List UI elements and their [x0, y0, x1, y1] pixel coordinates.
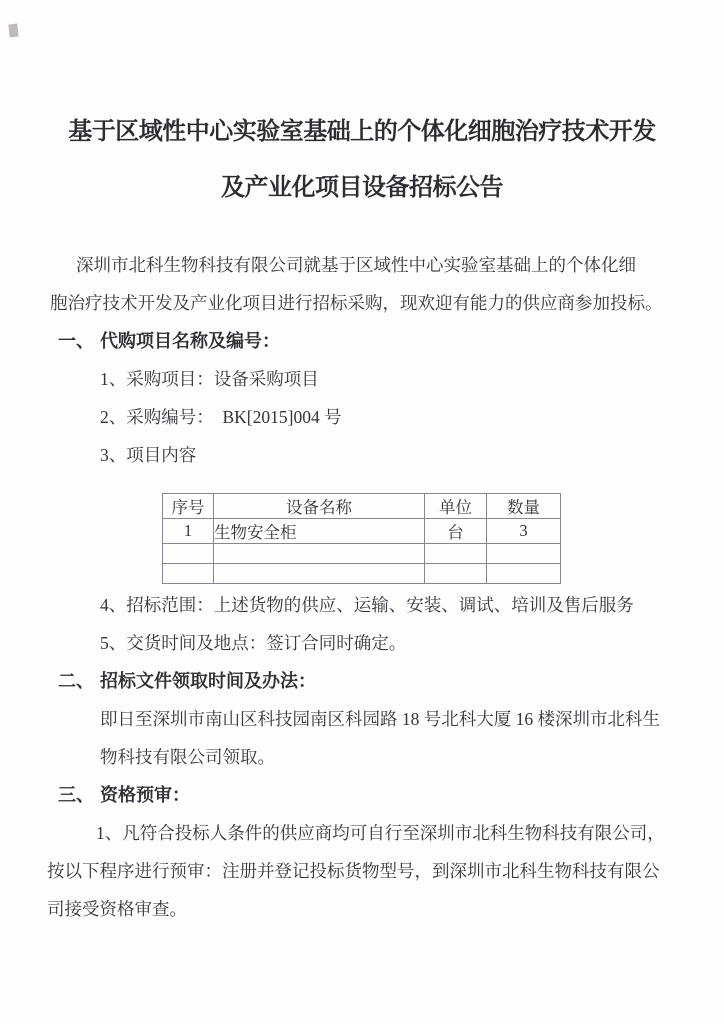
section-1-title: 代购项目名称及编号： [100, 322, 280, 360]
table-row-empty [163, 544, 561, 564]
title-line-2: 及产业化项目设备招标公告 [0, 160, 724, 216]
section-3-heading: 三、 资格预审： [58, 776, 724, 814]
item-purchase-project: 1、采购项目：设备采购项目 [100, 360, 724, 398]
table-cell-unit: 台 [425, 519, 487, 544]
table-header-row: 序号 设备名称 单位 数量 [163, 494, 561, 519]
item-project-content: 3、项目内容 [100, 436, 724, 474]
document-title: 基于区域性中心实验室基础上的个体化细胞治疗技术开发 及产业化项目设备招标公告 [0, 104, 724, 216]
item-purchase-number: 2、采购编号： BK[2015]004 号 [100, 398, 724, 436]
table-cell-empty [163, 564, 214, 584]
equipment-table: 序号 设备名称 单位 数量 1 生物安全柜 台 3 [162, 493, 561, 584]
table-cell-quantity: 3 [487, 519, 561, 544]
table-header-equipment-name: 设备名称 [214, 494, 425, 519]
section-3-marker: 三、 [58, 776, 100, 814]
document-page: 基于区域性中心实验室基础上的个体化细胞治疗技术开发 及产业化项目设备招标公告 深… [0, 0, 724, 1024]
table-cell-no: 1 [163, 519, 214, 544]
section-2-marker: 二、 [58, 662, 100, 700]
table-cell-empty [425, 544, 487, 564]
section-2-body: 即日至深圳市南山区科技园南区科园路 18 号北科大厦 16 楼深圳市北科生 物科… [100, 700, 682, 776]
item-bid-scope: 4、招标范围：上述货物的供应、运输、安装、调试、培训及售后服务 [100, 586, 724, 624]
table-cell-empty [487, 544, 561, 564]
item-delivery: 5、交货时间及地点：签订合同时确定。 [100, 624, 724, 662]
table-cell-empty [214, 564, 425, 584]
table-cell-empty [487, 564, 561, 584]
scan-artifact-mark [8, 24, 18, 38]
section-3-title: 资格预审： [100, 776, 190, 814]
table-row: 1 生物安全柜 台 3 [163, 519, 561, 544]
section-1-heading: 一、 代购项目名称及编号： [58, 322, 724, 360]
section-2-title: 招标文件领取时间及办法： [100, 662, 316, 700]
table-cell-empty [163, 544, 214, 564]
intro-paragraph: 深圳市北科生物科技有限公司就基于区域性中心实验室基础上的个体化细 胞治疗技术开发… [50, 246, 674, 322]
table-header-no: 序号 [163, 494, 214, 519]
section-3-body: 1、凡符合投标人条件的供应商均可自行至深圳市北科生物科技有限公司， 按以下程序进… [47, 814, 674, 928]
section-2-heading: 二、 招标文件领取时间及办法： [58, 662, 724, 700]
table-cell-equipment-name: 生物安全柜 [214, 519, 425, 544]
table-cell-empty [425, 564, 487, 584]
table-header-unit: 单位 [425, 494, 487, 519]
title-line-1: 基于区域性中心实验室基础上的个体化细胞治疗技术开发 [0, 104, 724, 160]
table-header-quantity: 数量 [487, 494, 561, 519]
table-cell-empty [214, 544, 425, 564]
section-1-marker: 一、 [58, 322, 100, 360]
table-row-empty [163, 564, 561, 584]
